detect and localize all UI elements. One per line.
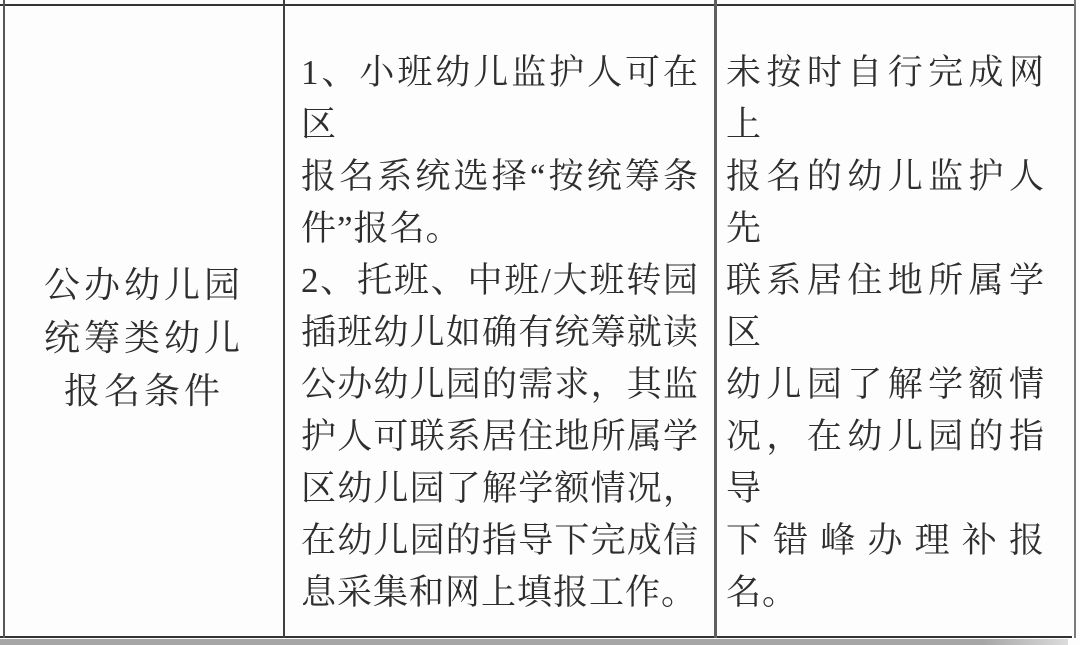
cell-registration-procedure: 1、小班幼儿监护人可在区 报名系统选择“按统筹条 件”报名。 2、托班、中班/大… bbox=[285, 6, 714, 636]
text-line: 报名条件 bbox=[5, 365, 283, 418]
text-line: 报名系统选择“按统筹条 bbox=[301, 151, 699, 203]
text-line: 息采集和网上填报工作。 bbox=[301, 567, 699, 619]
table-border-bottom bbox=[0, 636, 1072, 638]
text-line: 统筹类幼儿 bbox=[5, 312, 283, 365]
text-line: 公办幼儿园的需求，其监 bbox=[301, 359, 699, 411]
text-line: 在幼儿园的指导下完成信 bbox=[301, 515, 699, 567]
text-line: 幼儿园了解学额情 bbox=[726, 359, 1045, 411]
text-line: 公办幼儿园 bbox=[5, 259, 283, 312]
cell-makeup-registration: 未按时自行完成网上 报名的幼儿监护人先 联系居住地所属学区 幼儿园了解学额情 况… bbox=[717, 6, 1074, 636]
text-line: 未按时自行完成网上 bbox=[726, 47, 1045, 151]
text-line: 1、小班幼儿监护人可在区 bbox=[301, 47, 699, 151]
text-line: 下错峰办理补报名。 bbox=[726, 515, 1045, 619]
text-line: 件”报名。 bbox=[301, 203, 699, 255]
text-line: 报名的幼儿监护人先 bbox=[726, 151, 1045, 255]
table-screenshot: 公办幼儿园 统筹类幼儿 报名条件 1、小班幼儿监护人可在区 报名系统选择“按统筹… bbox=[0, 0, 1080, 645]
bottom-shadow bbox=[0, 639, 1068, 645]
text-line: 区幼儿园了解学额情况， bbox=[301, 463, 699, 515]
text-line: 联系居住地所属学区 bbox=[726, 255, 1045, 359]
cell-enrollment-category: 公办幼儿园 统筹类幼儿 报名条件 bbox=[5, 6, 283, 636]
table-border-right bbox=[1074, 0, 1076, 638]
text-line: 况，在幼儿园的指导 bbox=[726, 411, 1045, 515]
text-line: 护人可联系居住地所属学 bbox=[301, 411, 699, 463]
text-line: 插班幼儿如确有统筹就读 bbox=[301, 307, 699, 359]
text-line: 2、托班、中班/大班转园 bbox=[301, 255, 699, 307]
